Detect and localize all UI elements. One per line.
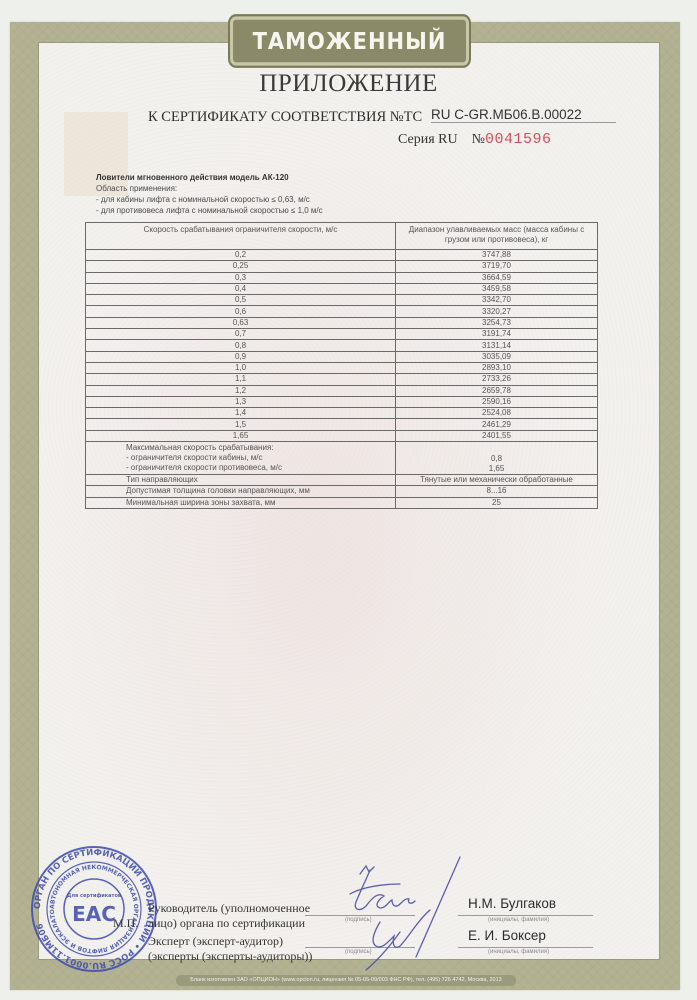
table-row: 0,253719,70	[86, 261, 598, 272]
parameter-cell: Минимальная ширина зоны захвата, мм	[86, 497, 396, 508]
table-row: 0,63320,27	[86, 306, 598, 317]
mass-cell: 2590,16	[396, 396, 598, 407]
max-speed-label: - ограничителя скорости противовеса, м/с	[126, 463, 391, 473]
speed-cell: 0,6	[86, 306, 396, 317]
expert-role-line: (эксперты (эксперты-аудиторы))	[148, 949, 312, 964]
speed-cell: 1,65	[86, 430, 396, 441]
mass-cell: 2461,29	[396, 419, 598, 430]
head-name: Н.М. Булгаков	[468, 896, 556, 911]
mass-cell: 3191,74	[396, 329, 598, 340]
table-row: Допустимая толщина головки направляющих,…	[86, 486, 598, 497]
table-row: 1,12733,26	[86, 374, 598, 385]
mass-cell: 2893,10	[396, 362, 598, 373]
form-number: 0041596	[485, 131, 552, 148]
mass-cell: 3254,73	[396, 317, 598, 328]
value-cell: 8...16	[396, 486, 598, 497]
mass-cell: 2733,26	[396, 374, 598, 385]
max-speed-label: Максимальная скорость срабатывания:	[126, 443, 391, 453]
parameter-cell: Допустимая толщина головки направляющих,…	[86, 486, 396, 497]
mass-cell: 3664,59	[396, 272, 598, 283]
speed-cell: 1,4	[86, 408, 396, 419]
seal-place-label: М.П.	[113, 916, 138, 931]
product-name: Ловители мгновенного действия модель АК-…	[96, 172, 323, 183]
speed-cell: 1,0	[86, 362, 396, 373]
speed-cell: 1,1	[86, 374, 396, 385]
page-title: ПРИЛОЖЕНИЕ	[0, 70, 697, 98]
number-label: №	[472, 132, 485, 147]
certification-stamp: ОРГАН ПО СЕРТИФИКАЦИИ ПРОДУКЦИИ • РОСС R…	[30, 845, 158, 973]
value-cell: Тянутые или механически обработанные	[396, 475, 598, 486]
max-speed-value: 0,8	[400, 454, 593, 464]
column-header-speed: Скорость срабатывания ограничителя скоро…	[86, 223, 396, 250]
column-header-mass: Диапазон улавливаемых масс (масса кабины…	[396, 223, 598, 250]
svg-text:ЕАС: ЕАС	[72, 902, 116, 926]
table-row: Тип направляющихТянутые или механически …	[86, 475, 598, 486]
table-row: 1,22659,78	[86, 385, 598, 396]
mass-cell: 3459,58	[396, 283, 598, 294]
speed-cell: 1,5	[86, 419, 396, 430]
mass-cell: 3342,70	[396, 295, 598, 306]
head-role-line: лицо) органа по сертификации	[148, 916, 310, 931]
parameter-cell: Тип направляющих	[86, 475, 396, 486]
head-role-line: Руководитель (уполномоченное	[148, 901, 310, 916]
series-label: Серия RU	[398, 132, 458, 147]
name-caption: (инициалы, фамилия)	[488, 949, 549, 955]
table-row: 0,83131,14	[86, 340, 598, 351]
speed-cell: 1,3	[86, 396, 396, 407]
expert-role: Эксперт (эксперт-аудитор) (эксперты (экс…	[148, 934, 312, 964]
max-speed-row: Максимальная скорость срабатывания:- огр…	[86, 442, 598, 475]
max-speed-labels: Максимальная скорость срабатывания:- огр…	[86, 442, 396, 475]
mass-cell: 2401,55	[396, 430, 598, 441]
table-row: 0,43459,58	[86, 283, 598, 294]
certificate-reference-label: К СЕРТИФИКАТУ СООТВЕТСТВИЯ №ТС	[148, 109, 422, 126]
expert-name-line	[458, 947, 593, 948]
certificate-number: RU C-GR.МБ06.В.00022	[431, 107, 616, 123]
table-row: 1,42524,08	[86, 408, 598, 419]
table-row: 1,02893,10	[86, 362, 598, 373]
mass-cell: 3747,88	[396, 250, 598, 261]
speed-cell: 1,2	[86, 385, 396, 396]
max-speed-values: 0,81,65	[396, 442, 598, 475]
speed-cell: 0,7	[86, 329, 396, 340]
speed-cell: 0,9	[86, 351, 396, 362]
head-name-line	[458, 915, 593, 916]
scope-item: - для противовеса лифта с номинальной ск…	[96, 205, 323, 216]
table-row: Минимальная ширина зоны захвата, мм25	[86, 497, 598, 508]
max-speed-value: 1,65	[400, 464, 593, 474]
head-role: Руководитель (уполномоченное лицо) орган…	[148, 901, 310, 931]
scope-label: Область применения:	[96, 183, 323, 194]
speed-cell: 0,4	[86, 283, 396, 294]
mass-cell: 3035,09	[396, 351, 598, 362]
mass-cell: 3320,27	[396, 306, 598, 317]
speed-cell: 0,25	[86, 261, 396, 272]
product-description: Ловители мгновенного действия модель АК-…	[96, 172, 323, 216]
speed-cell: 0,2	[86, 250, 396, 261]
mass-cell: 3131,14	[396, 340, 598, 351]
form-series: Серия RU№0041596	[398, 131, 551, 148]
speed-cell: 0,3	[86, 272, 396, 283]
table-row: 1,652401,55	[86, 430, 598, 441]
specification-table: Скорость срабатывания ограничителя скоро…	[85, 222, 598, 509]
table-header-row: Скорость срабатывания ограничителя скоро…	[86, 223, 598, 250]
mass-cell: 2659,78	[396, 385, 598, 396]
table-row: 0,33664,59	[86, 272, 598, 283]
table-row: 0,633254,73	[86, 317, 598, 328]
table-row: 0,23747,88	[86, 250, 598, 261]
name-caption: (инициалы, фамилия)	[488, 917, 549, 923]
table-row: 0,53342,70	[86, 295, 598, 306]
expert-name: Е. И. Боксер	[468, 928, 546, 943]
table-row: 1,52461,29	[86, 419, 598, 430]
value-cell: 25	[396, 497, 598, 508]
speed-cell: 0,5	[86, 295, 396, 306]
mass-cell: 2524,08	[396, 408, 598, 419]
table-row: 0,73191,74	[86, 329, 598, 340]
table-row: 0,93035,09	[86, 351, 598, 362]
svg-text:Для сертификатов: Для сертификатов	[67, 892, 121, 899]
speed-cell: 0,63	[86, 317, 396, 328]
mass-cell: 3719,70	[396, 261, 598, 272]
customs-union-badge: ТАМОЖЕННЫЙ СОЮЗ	[230, 16, 469, 65]
table-row: 1,32590,16	[86, 396, 598, 407]
handwritten-signature	[340, 852, 470, 977]
max-speed-label: - ограничителя скорости кабины, м/с	[126, 453, 391, 463]
expert-role-line: Эксперт (эксперт-аудитор)	[148, 934, 312, 949]
form-imprint: Бланк изготовлен ЗАО «ОПЦИОН» (www.opcio…	[176, 975, 516, 986]
speed-cell: 0,8	[86, 340, 396, 351]
scope-item: - для кабины лифта с номинальной скорост…	[96, 194, 323, 205]
